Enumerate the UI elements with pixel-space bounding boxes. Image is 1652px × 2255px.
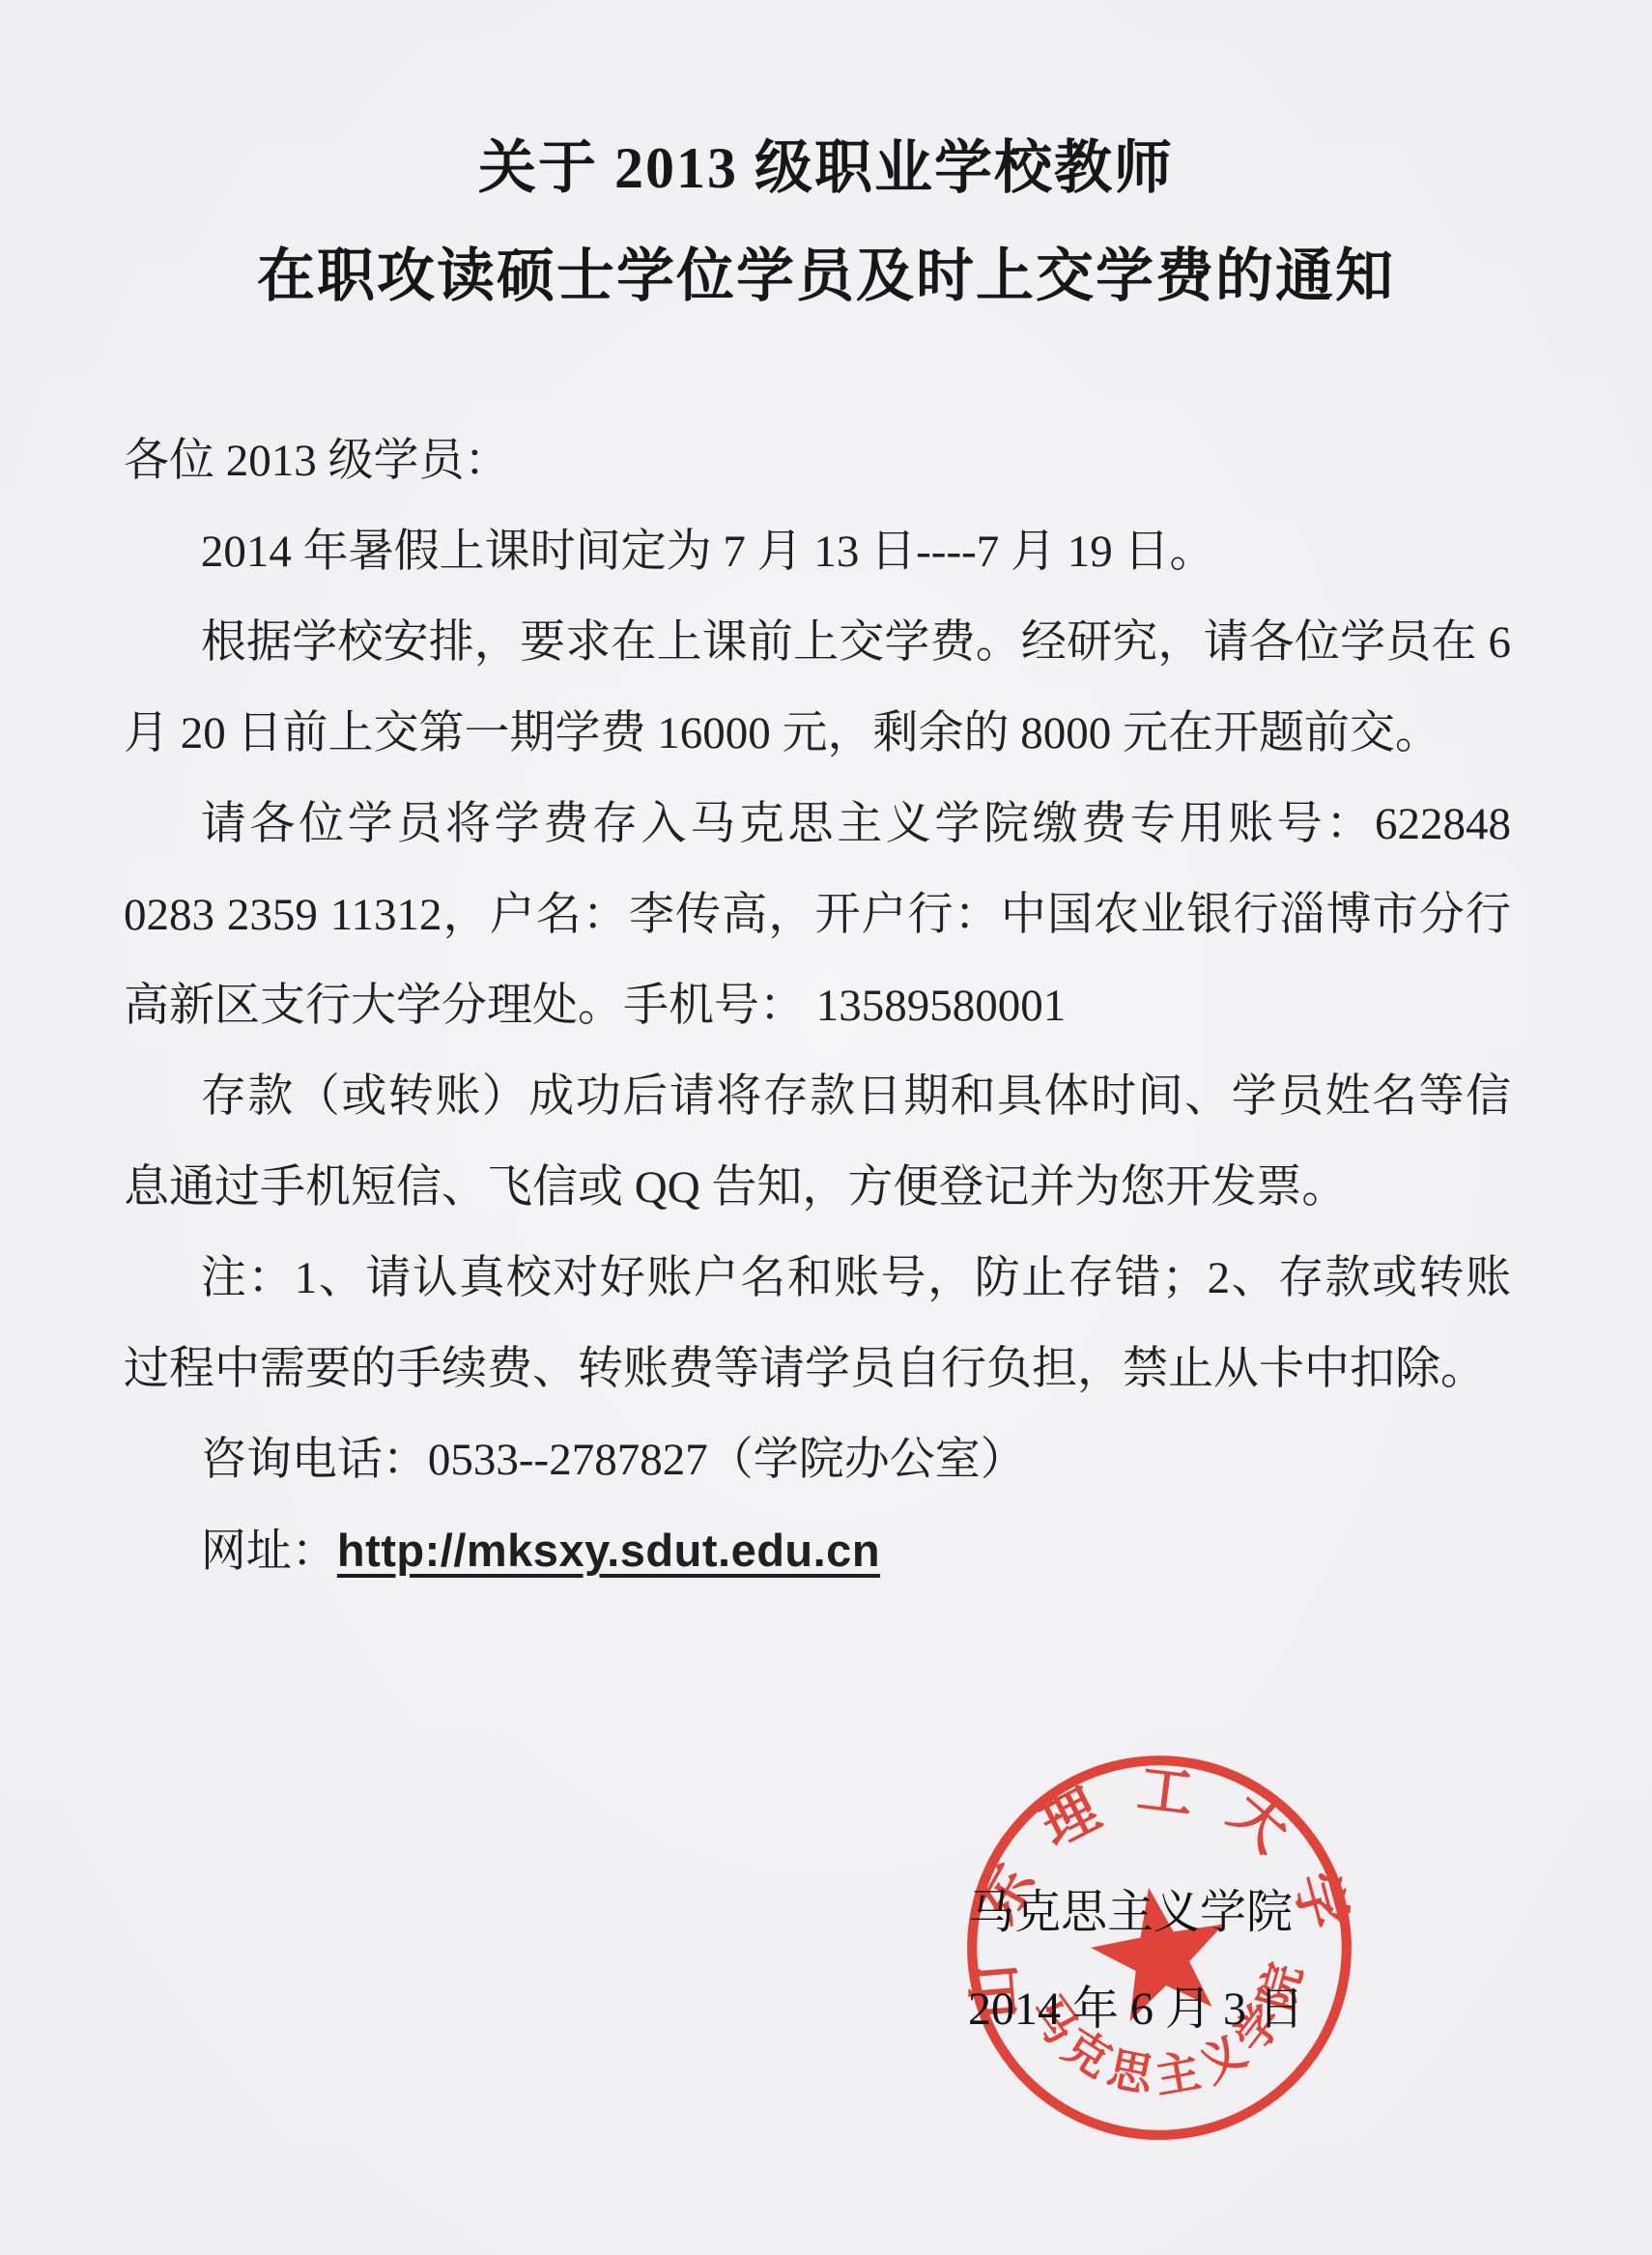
paragraph: 请各位学员将学费存入马克思主义学院缴费专用账号：622848 0283 2359… — [124, 779, 1511, 1051]
website-line: 网址：http://mksxy.sdut.edu.cn — [124, 1505, 1511, 1597]
notice-title: 关于 2013 级职业学校教师 在职攻读硕士学位学员及时上交学费的通知 — [0, 114, 1652, 330]
signature-block: 马克思主义学院 2014 年 6 月 3 日 — [968, 1865, 1304, 2058]
paragraph: 根据学校安排，要求在上课前上交学费。经研究，请各位学员在 6 月 20 日前上交… — [124, 597, 1511, 779]
salutation: 各位 2013 级学员： — [124, 415, 1511, 506]
website-label: 网址： — [201, 1527, 337, 1577]
paragraph: 2014 年暑假上课时间定为 7 月 13 日----7 月 19 日。 — [124, 506, 1511, 597]
notice-title-line-1: 关于 2013 级职业学校教师 — [0, 114, 1652, 222]
notice-title-line-2: 在职攻读硕士学位学员及时上交学费的通知 — [0, 222, 1652, 330]
paragraph: 注：1、请认真校对好账户名和账号，防止存错；2、存款或转账过程中需要的手续费、转… — [124, 1233, 1511, 1414]
signature-department: 马克思主义学院 — [968, 1865, 1304, 1961]
notice-body: 各位 2013 级学员： 2014 年暑假上课时间定为 7 月 13 日----… — [124, 415, 1511, 1597]
website-url: http://mksxy.sdut.edu.cn — [337, 1525, 880, 1576]
paragraph: 存款（或转账）成功后请将存款日期和具体时间、学员姓名等信息通过手机短信、飞信或 … — [124, 1051, 1511, 1233]
signature-date: 2014 年 6 月 3 日 — [968, 1961, 1304, 2058]
scanned-notice-page: 关于 2013 级职业学校教师 在职攻读硕士学位学员及时上交学费的通知 各位 2… — [0, 0, 1652, 2255]
phone-line: 咨询电话：0533--2787827（学院办公室） — [124, 1414, 1511, 1505]
